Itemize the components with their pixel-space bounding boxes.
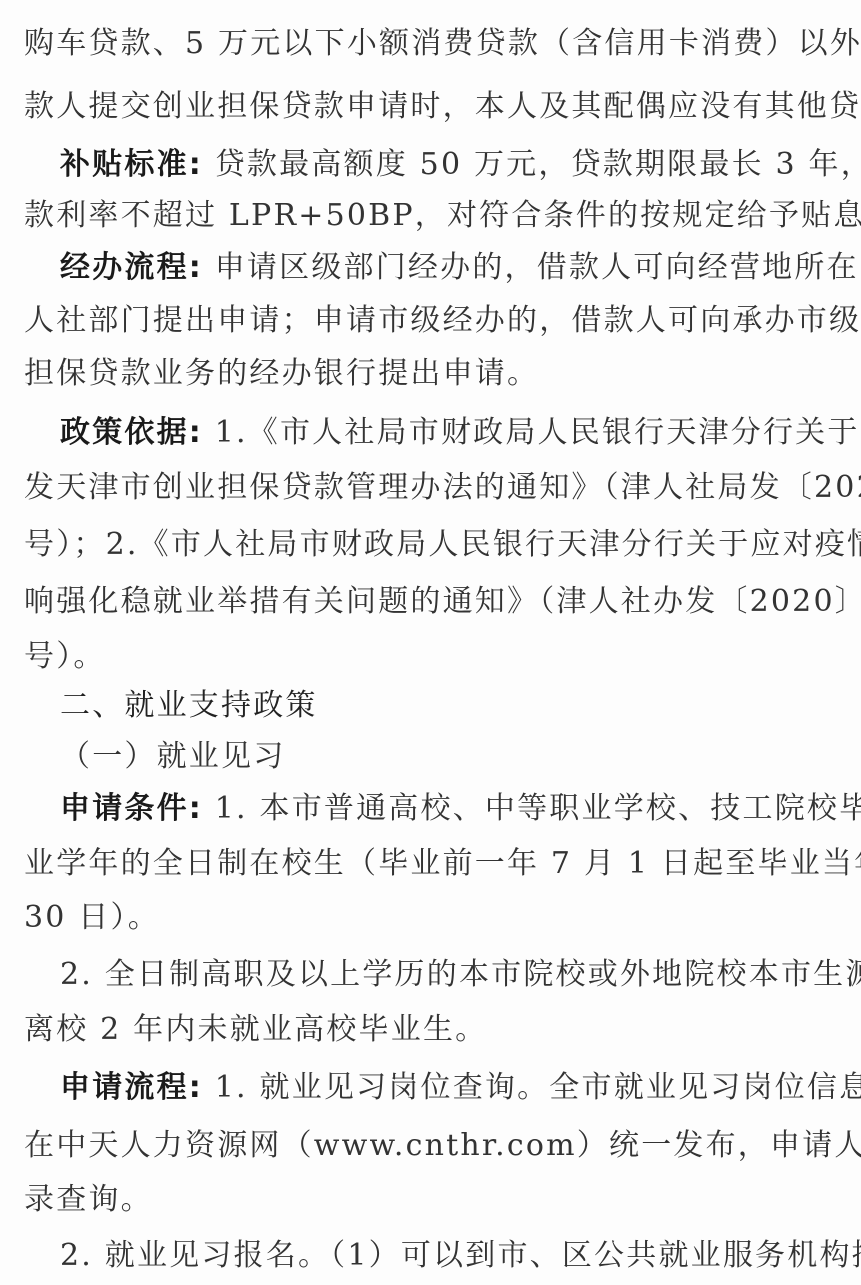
text-line: 号）。 — [24, 637, 832, 677]
text-line: 2. 就业见习报名。（1）可以到市、区公共就业服务机构报 — [60, 1236, 832, 1276]
text-span: 1. 就业见习岗位查询。全市就业见习岗位信息 — [203, 1070, 861, 1105]
text-line: 人社部门提出申请；申请市级经办的，借款人可向承办市级创业 — [24, 301, 832, 341]
text-line: 发天津市创业担保贷款管理办法的通知》（津人社局发〔2020〕3 — [24, 468, 832, 508]
text-line: 号）；2.《市人社局市财政局人民银行天津分行关于应对疫情影 — [24, 525, 832, 565]
text-line: 款利率不超过 LPR+50BP，对符合条件的按规定给予贴息。 — [24, 196, 832, 236]
text-line: 2. 全日制高职及以上学历的本市院校或外地院校本市生源 — [60, 955, 832, 995]
policy-basis-paragraph: 政策依据: 1.《市人社局市财政局人民银行天津分行关于印 — [60, 413, 832, 453]
text-line: 离校 2 年内未就业高校毕业生。 — [24, 1010, 832, 1050]
section-heading: 二、就业支持政策 — [60, 686, 832, 726]
section-label: 政策依据: — [60, 415, 203, 450]
application-process-paragraph: 申请流程: 1. 就业见习岗位查询。全市就业见习岗位信息 — [60, 1068, 832, 1108]
text-span: 1.《市人社局市财政局人民银行天津分行关于印 — [203, 415, 861, 450]
text-line: 担保贷款业务的经办银行提出申请。 — [24, 354, 832, 394]
section-label: 申请条件: — [60, 791, 203, 826]
text-line: 在中天人力资源网（www.cnthr.com）统一发布，申请人员可登 — [24, 1126, 832, 1166]
subsection-heading: （一）就业见习 — [60, 737, 832, 777]
section-label: 补贴标准: — [60, 147, 203, 182]
subsidy-standard-paragraph: 补贴标准: 贷款最高额度 50 万元，贷款期限最长 3 年，贷 — [60, 145, 832, 185]
text-span: 贷款最高额度 50 万元，贷款期限最长 3 年，贷 — [203, 147, 861, 182]
text-line: 录查询。 — [24, 1180, 832, 1220]
text-line: 款人提交创业担保贷款申请时，本人及其配偶应没有其他贷款。 — [24, 87, 832, 127]
application-conditions-paragraph: 申请条件: 1. 本市普通高校、中等职业学校、技工院校毕 — [60, 789, 832, 829]
process-paragraph: 经办流程: 申请区级部门经办的，借款人可向经营地所在区 — [60, 248, 832, 288]
document-page: 购车贷款、5 万元以下小额消费贷款（含信用卡消费）以外，借 款人提交创业担保贷款… — [0, 0, 861, 1285]
text-line: 30 日）。 — [24, 898, 832, 938]
section-label: 经办流程: — [60, 250, 203, 285]
text-line: 购车贷款、5 万元以下小额消费贷款（含信用卡消费）以外，借 — [24, 24, 832, 64]
text-line: 业学年的全日制在校生（毕业前一年 7 月 1 日起至毕业当年 6 月 — [24, 844, 832, 884]
section-label: 申请流程: — [60, 1070, 203, 1105]
text-span: 申请区级部门经办的，借款人可向经营地所在区 — [203, 250, 861, 285]
text-line: 响强化稳就业举措有关问题的通知》（津人社办发〔2020〕106 — [24, 582, 832, 622]
text-span: 1. 本市普通高校、中等职业学校、技工院校毕 — [203, 791, 861, 826]
